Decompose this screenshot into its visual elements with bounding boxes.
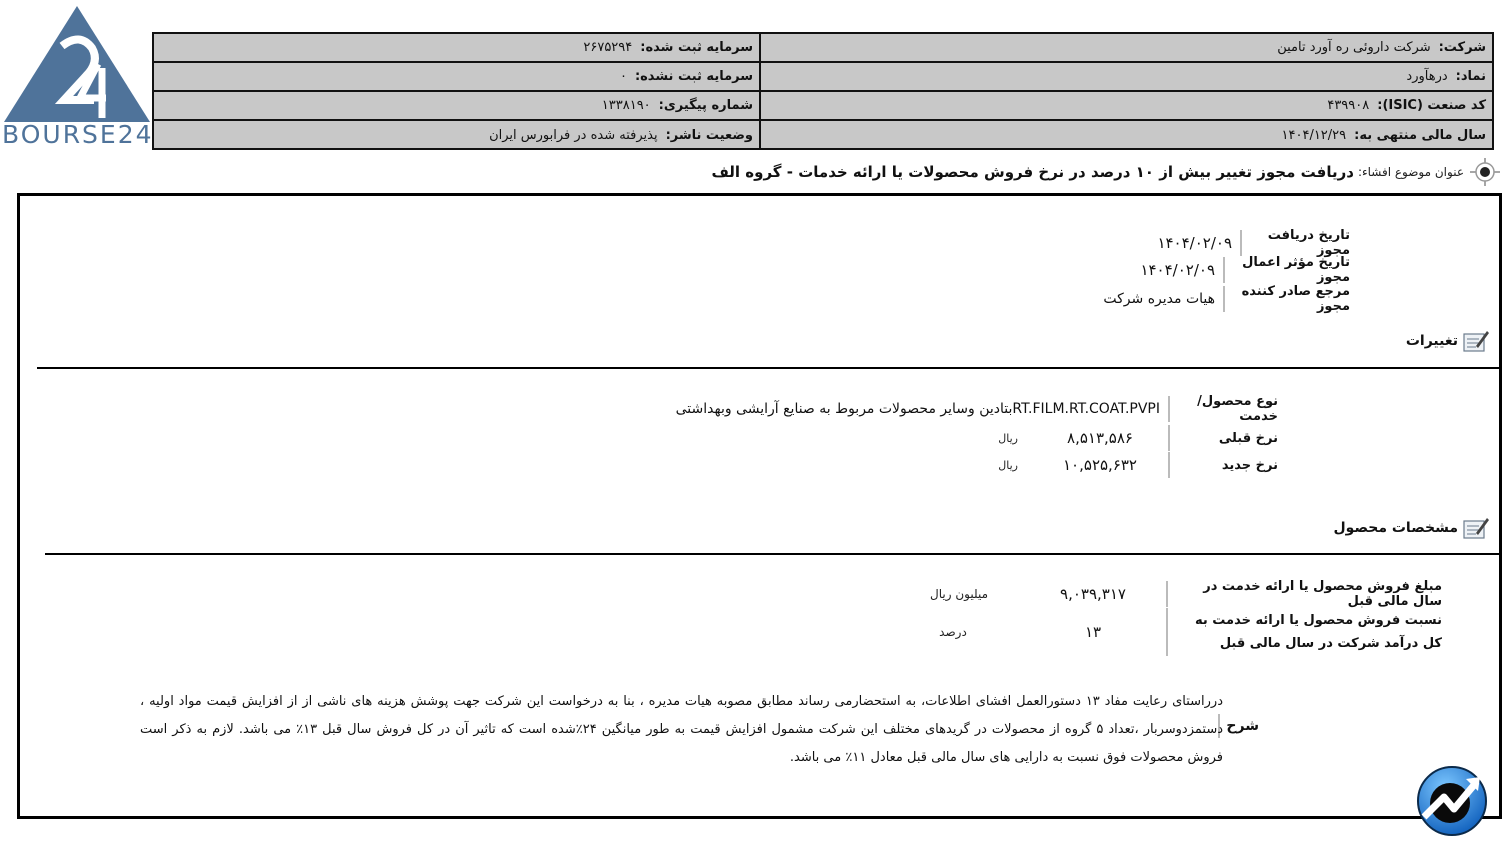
subject-label: عنوان موضوع افشاء:: [1358, 165, 1464, 179]
company-info-table: شرکت:شرکت داروئی ره آورد تامین سرمایه ثب…: [152, 32, 1494, 150]
section-divider: [37, 367, 1499, 369]
sales-amount-value: ۹,۰۳۹,۳۱۷: [1028, 585, 1158, 603]
divider: [1223, 286, 1225, 312]
permit-date-label: تاریخ دریافت مجوز: [1250, 228, 1350, 258]
divider: [1166, 608, 1168, 656]
description-label-wrap: شرح: [1218, 714, 1259, 738]
effective-date-value: ۱۴۰۴/۰۲/۰۹: [1140, 261, 1215, 279]
disclosure-subject: عنوان موضوع افشاء: دریافت مجوز تغییر بیش…: [711, 158, 1500, 186]
edit-note-icon: [1462, 515, 1490, 541]
divider: [1168, 425, 1170, 451]
symbol-label: نماد:: [1456, 69, 1486, 84]
section-divider: [45, 553, 1499, 555]
unregistered-capital-label: سرمایه ثبت نشده:: [635, 69, 753, 84]
rate-row: نرخ جدید ۱۰,۵۲۵,۶۳۲ ریال: [998, 452, 1278, 478]
info-row: سال مالی منتهی به:۱۴۰۴/۱۲/۲۹ وضعیت ناشر:…: [154, 121, 1492, 150]
company-label: شرکت:: [1439, 40, 1486, 55]
effective-date-label: تاریخ مؤثر اعمال مجوز: [1233, 255, 1350, 285]
description-label: شرح: [1226, 718, 1259, 734]
edit-note-icon: [1462, 328, 1490, 354]
permit-row: مرجع صادر کننده مجوز هیات مدیره شرکت: [1103, 286, 1350, 312]
isic-cell: کد صنعت (ISIC):۴۳۹۹۰۸: [759, 92, 1492, 119]
target-icon: [1470, 158, 1500, 186]
divider: [1168, 396, 1170, 422]
product-row: نوع محصول/خدمت RT.FILM.RT.COAT.PVPIبتادی…: [676, 396, 1278, 422]
specs-heading: مشخصات محصول: [1334, 515, 1490, 541]
publisher-status-cell: وضعیت ناشر:پذیرفته شده در فرابورس ایران: [154, 121, 759, 150]
divider: [1168, 452, 1170, 478]
info-row: شرکت:شرکت داروئی ره آورد تامین سرمایه ثب…: [154, 34, 1492, 63]
info-row: کد صنعت (ISIC):۴۳۹۹۰۸ شماره پیگیری:۱۳۳۸۱…: [154, 92, 1492, 121]
isic-value: ۴۳۹۹۰۸: [1327, 98, 1369, 113]
divider: [1166, 581, 1168, 607]
permit-date-value: ۱۴۰۴/۰۲/۰۹: [1157, 234, 1232, 252]
spec-row: مبلغ فروش محصول یا ارائه خدمت در سال مال…: [930, 581, 1442, 607]
sales-ratio-label: نسبت فروش محصول یا ارائه خدمت به کل درآم…: [1176, 609, 1442, 655]
specs-heading-text: مشخصات محصول: [1334, 520, 1458, 536]
tracking-number-label: شماره پیگیری:: [659, 98, 753, 113]
isic-label: کد صنعت (ISIC):: [1377, 98, 1486, 113]
unregistered-capital-value: ۰: [620, 69, 627, 84]
border: [1499, 193, 1502, 819]
changes-heading: تغییرات: [1406, 328, 1490, 354]
rate-row: نرخ قبلی ۸,۵۱۳,۵۸۶ ریال: [998, 425, 1278, 451]
logo-text: BOURSE24: [2, 120, 152, 149]
previous-rate-label: نرخ قبلی: [1178, 431, 1278, 446]
registered-capital-cell: سرمایه ثبت شده:۲۶۷۵۲۹۴: [154, 34, 759, 61]
new-rate-label: نرخ جدید: [1178, 458, 1278, 473]
issuing-authority-label: مرجع صادر کننده مجوز: [1233, 284, 1350, 314]
sales-amount-label: مبلغ فروش محصول یا ارائه خدمت در سال مال…: [1176, 579, 1442, 609]
issuing-authority-value: هیات مدیره شرکت: [1103, 291, 1215, 307]
company-value: شرکت داروئی ره آورد تامین: [1277, 40, 1430, 55]
symbol-cell: نماد:درهآورد: [759, 63, 1492, 90]
sales-ratio-value: ۱۳: [1028, 623, 1158, 641]
sales-amount-unit: میلیون ریال: [930, 587, 988, 601]
changes-heading-text: تغییرات: [1406, 333, 1458, 349]
subject-title: دریافت مجوز تغییر بیش از ۱۰ درصد در نرخ …: [711, 163, 1354, 181]
description-text: درراستای رعایت مفاد ۱۳ دستورالعمل افشای …: [140, 688, 1223, 772]
registered-capital-value: ۲۶۷۵۲۹۴: [583, 40, 632, 55]
fiscal-year-label: سال مالی منتهی به:: [1354, 128, 1486, 143]
divider: [1240, 230, 1242, 256]
fiscal-year-cell: سال مالی منتهی به:۱۴۰۴/۱۲/۲۹: [759, 121, 1492, 150]
registered-capital-label: سرمایه ثبت شده:: [640, 40, 753, 55]
company-cell: شرکت:شرکت داروئی ره آورد تامین: [759, 34, 1492, 61]
publisher-status-value: پذیرفته شده در فرابورس ایران: [489, 128, 658, 143]
symbol-value: درهآورد: [1406, 69, 1447, 84]
trend-arrow-icon: [1416, 765, 1488, 837]
product-type-label: نوع محصول/خدمت: [1178, 394, 1278, 424]
tracking-number-value: ۱۳۳۸۱۹۰: [602, 98, 651, 113]
previous-rate-value: ۸,۵۱۳,۵۸۶: [1040, 429, 1160, 447]
sales-ratio-unit: درصد: [918, 625, 988, 639]
publisher-status-label: وضعیت ناشر:: [666, 128, 753, 143]
previous-rate-unit: ریال: [998, 432, 1018, 445]
new-rate-value: ۱۰,۵۲۵,۶۳۲: [1040, 456, 1160, 474]
unregistered-capital-cell: سرمایه ثبت نشده:۰: [154, 63, 759, 90]
product-type-value: RT.FILM.RT.COAT.PVPIبتادین وسایر محصولات…: [676, 401, 1160, 417]
info-row: نماد:درهآورد سرمایه ثبت نشده:۰: [154, 63, 1492, 92]
new-rate-unit: ریال: [998, 459, 1018, 472]
spec-row: نسبت فروش محصول یا ارائه خدمت به کل درآم…: [918, 608, 1442, 656]
divider: [1223, 257, 1225, 283]
permit-row: تاریخ دریافت مجوز ۱۴۰۴/۰۲/۰۹: [1157, 230, 1350, 256]
fiscal-year-value: ۱۴۰۴/۱۲/۲۹: [1282, 128, 1347, 143]
permit-row: تاریخ مؤثر اعمال مجوز ۱۴۰۴/۰۲/۰۹: [1140, 257, 1350, 283]
tracking-number-cell: شماره پیگیری:۱۳۳۸۱۹۰: [154, 92, 759, 119]
